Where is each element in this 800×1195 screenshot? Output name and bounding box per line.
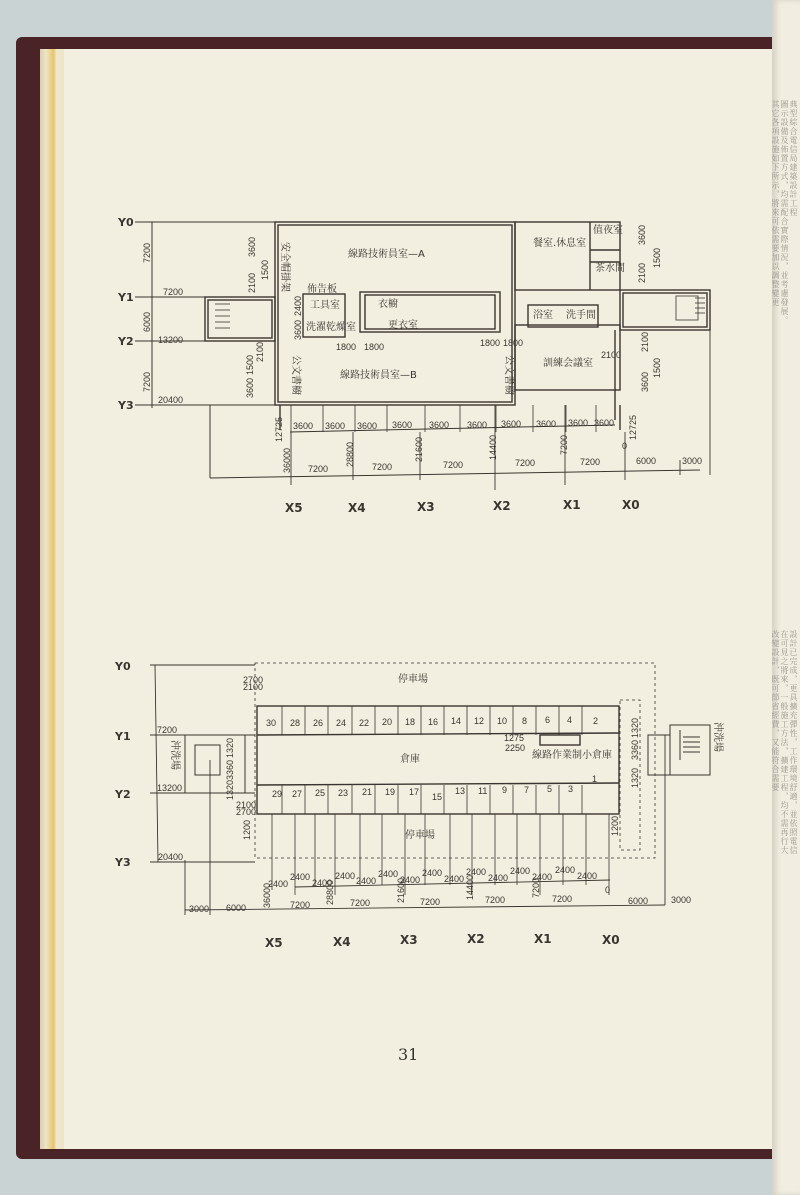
- bottom-bay-dim-4: 2400: [335, 871, 355, 881]
- bay-12: 12: [474, 716, 484, 726]
- room-small-store: 線路作業制小倉庫: [532, 748, 612, 761]
- bottom-right-dim-1: 1320: [630, 718, 640, 738]
- bottom-xcum-5: 7200: [531, 878, 541, 898]
- bottom-xcum-2: 28800: [325, 880, 335, 905]
- bottom-xdim-9: 3000: [671, 895, 691, 905]
- bay-17: 17: [409, 787, 419, 797]
- bottom-xdim-1: 3000: [189, 904, 209, 914]
- bottom-bay-dims: 2400 2400 2400 2400 2400 2400 2400 2400 …: [268, 865, 597, 889]
- bottom-left-dim-5: 1320: [225, 780, 235, 800]
- bottom-left-dim-2: 2100: [243, 682, 263, 692]
- bottom-left-dim-8: 1200: [242, 820, 252, 840]
- bottom-plan-labels: Y0 Y1 Y2 Y3 7200 13200 20400 停車場 停車場 倉庫 …: [0, 0, 800, 1195]
- bottom-bay-dim-5: 2400: [356, 876, 376, 886]
- bay-20: 20: [382, 717, 392, 727]
- bottom-y2-label: Y2: [114, 788, 131, 801]
- bottom-xcum-6: 0: [605, 885, 610, 895]
- bottom-right-dim-4: 1200: [610, 816, 620, 836]
- bay-8: 8: [522, 716, 527, 726]
- bottom-bay-dim-11: 2400: [488, 873, 508, 883]
- bay-21: 21: [362, 787, 372, 797]
- bay-18: 18: [405, 717, 415, 727]
- bay-11: 11: [478, 786, 487, 796]
- bottom-y1-label: Y1: [114, 730, 131, 743]
- bottom-xdim-6: 7200: [485, 895, 505, 905]
- bottom-left-dim-4: 3360: [225, 760, 235, 780]
- bottom-left-dim-7: 2700: [236, 807, 256, 817]
- bay-7: 7: [524, 785, 529, 795]
- bay-16: 16: [428, 717, 438, 727]
- bay-29: 29: [272, 789, 282, 799]
- page-number: 31: [398, 1045, 418, 1064]
- bay-14: 14: [451, 716, 461, 726]
- bay-6: 6: [545, 715, 550, 725]
- store-dim-1: 1275: [504, 733, 524, 743]
- bottom-xcum-4: 14400: [465, 875, 475, 900]
- bay-28: 28: [290, 718, 300, 728]
- bay-19: 19: [385, 787, 395, 797]
- bay-13: 13: [455, 786, 465, 796]
- room-warehouse: 倉庫: [400, 752, 420, 765]
- bottom-right-dim-3: 1320: [630, 768, 640, 788]
- bay-5: 5: [547, 784, 552, 794]
- bottom-ycum-2: 13200: [157, 783, 182, 793]
- bay-10: 10: [497, 716, 507, 726]
- bay-23: 23: [338, 788, 348, 798]
- bottom-bay-dim-14: 2400: [555, 865, 575, 875]
- bottom-y0-label: Y0: [114, 660, 131, 673]
- bottom-bay-dim-15: 2400: [577, 871, 597, 881]
- bottom-ycum-3: 20400: [158, 852, 183, 862]
- bay-22: 22: [359, 718, 369, 728]
- bay-24: 24: [336, 718, 346, 728]
- bay-25: 25: [315, 788, 325, 798]
- bottom-xdim-7: 7200: [552, 894, 572, 904]
- bay-27: 27: [292, 789, 302, 799]
- bottom-xdim-3: 7200: [290, 900, 310, 910]
- room-parking-bottom: 停車場: [405, 828, 435, 841]
- bay-30: 30: [266, 718, 276, 728]
- bay-3: 3: [568, 784, 573, 794]
- room-wash-right: 沖洗場: [712, 722, 725, 752]
- bottom-bay-dim-6: 2400: [378, 869, 398, 879]
- bottom-bay-dim-2: 2400: [290, 872, 310, 882]
- room-wash-left: 沖洗場: [169, 740, 182, 770]
- bottom-xdim-2: 6000: [226, 903, 246, 913]
- bottom-xdim-5: 7200: [420, 897, 440, 907]
- bay-1: 1: [592, 774, 597, 784]
- bays-top: 30 28 26 24 22 20 18 16 14 12 10 8 6 4 2: [266, 715, 598, 728]
- bottom-x0-label: X0: [602, 933, 620, 947]
- bottom-x2-label: X2: [467, 932, 485, 946]
- bottom-x1-label: X1: [534, 932, 552, 946]
- bottom-xdim-4: 7200: [350, 898, 370, 908]
- bay-15: 15: [432, 792, 442, 802]
- bay-2: 2: [593, 716, 598, 726]
- bay-9: 9: [502, 785, 507, 795]
- room-parking-top: 停車場: [398, 672, 428, 685]
- bays-bottom: 29 27 25 23 21 19 17 15 13 11 9 7 5 3 1: [272, 774, 597, 802]
- bottom-left-dim-3: 1320: [225, 738, 235, 758]
- bottom-bay-dim-12: 2400: [510, 866, 530, 876]
- bottom-ycum-1: 7200: [157, 725, 177, 735]
- bay-4: 4: [567, 715, 572, 725]
- store-dim-2: 2250: [505, 743, 525, 753]
- bottom-x5-label: X5: [265, 936, 283, 950]
- bay-26: 26: [313, 718, 323, 728]
- bottom-bay-dim-8: 2400: [422, 868, 442, 878]
- bottom-xcum-1: 36000: [262, 883, 272, 908]
- bottom-x4-label: X4: [333, 935, 351, 949]
- bottom-bay-dim-9: 2400: [444, 874, 464, 884]
- bottom-right-dim-2: 3360: [630, 740, 640, 760]
- bottom-y3-label: Y3: [114, 856, 131, 869]
- bottom-xdim-8: 6000: [628, 896, 648, 906]
- bottom-x3-label: X3: [400, 933, 418, 947]
- bottom-xcum-3: 21600: [396, 878, 406, 903]
